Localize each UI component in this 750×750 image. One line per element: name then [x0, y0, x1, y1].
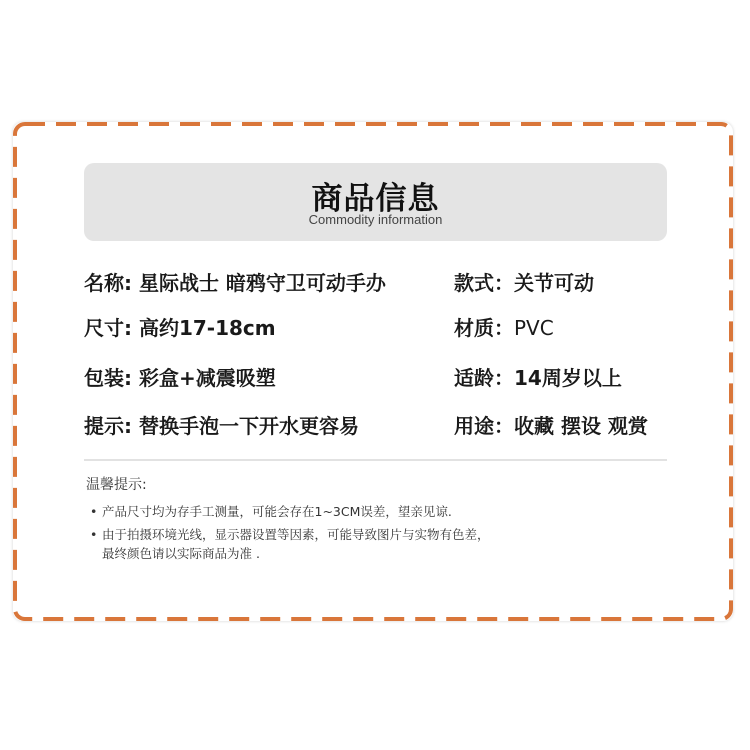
spec-label: 材质： [454, 316, 514, 340]
spec-packaging: 包装: 彩盒+减震吸塑 [84, 366, 276, 390]
spec-style: 款式：关节可动 [454, 271, 594, 295]
spec-value: 替换手泡一下开水更容易 [139, 414, 359, 438]
bullet-icon: • [90, 526, 102, 544]
spec-label: 提示: [84, 414, 132, 438]
tip-text: 产品尺寸均为存手工测量，可能会存在1~3CM误差，望亲见谅. [102, 504, 452, 519]
spec-value: 收藏 摆设 观赏 [514, 414, 648, 438]
spec-label: 款式： [454, 271, 514, 295]
spec-usage: 用途：收藏 摆设 观赏 [454, 414, 648, 438]
spec-label: 尺寸: [84, 316, 132, 340]
spec-label: 名称: [84, 271, 132, 295]
spec-hint: 提示: 替换手泡一下开水更容易 [84, 414, 359, 438]
spec-material: 材质：PVC [454, 316, 554, 340]
page-subtitle: Commodity information [84, 212, 667, 227]
spec-value: 彩盒+减震吸塑 [139, 366, 276, 390]
tip-text: 最终颜色请以实际商品为准 . [102, 546, 260, 561]
spec-value: 高约17-18cm [139, 316, 276, 340]
tips-title: 温馨提示: [86, 474, 147, 494]
spec-size: 尺寸: 高约17-18cm [84, 316, 276, 340]
tip-item-continued: 最终颜色请以实际商品为准 . [90, 545, 260, 563]
header-banner: 商品信息 Commodity information [84, 163, 667, 241]
spec-age: 适龄：14周岁以上 [454, 366, 622, 390]
tip-item: •产品尺寸均为存手工测量，可能会存在1~3CM误差，望亲见谅. [90, 503, 452, 521]
spec-name: 名称: 星际战士 暗鸦守卫可动手办 [84, 271, 386, 295]
spec-value: 关节可动 [514, 271, 594, 295]
tip-text: 由于拍摄环境光线，显示器设置等因素，可能导致图片与实物有色差， [102, 527, 490, 542]
spec-value: 14周岁以上 [514, 366, 622, 390]
spec-value: PVC [514, 316, 554, 340]
spec-label: 适龄： [454, 366, 514, 390]
tip-item: •由于拍摄环境光线，显示器设置等因素，可能导致图片与实物有色差， [90, 526, 490, 544]
bullet-icon: • [90, 503, 102, 521]
spec-value: 星际战士 暗鸦守卫可动手办 [139, 271, 386, 295]
spec-label: 包装: [84, 366, 132, 390]
spec-label: 用途： [454, 414, 514, 438]
divider [84, 459, 667, 461]
